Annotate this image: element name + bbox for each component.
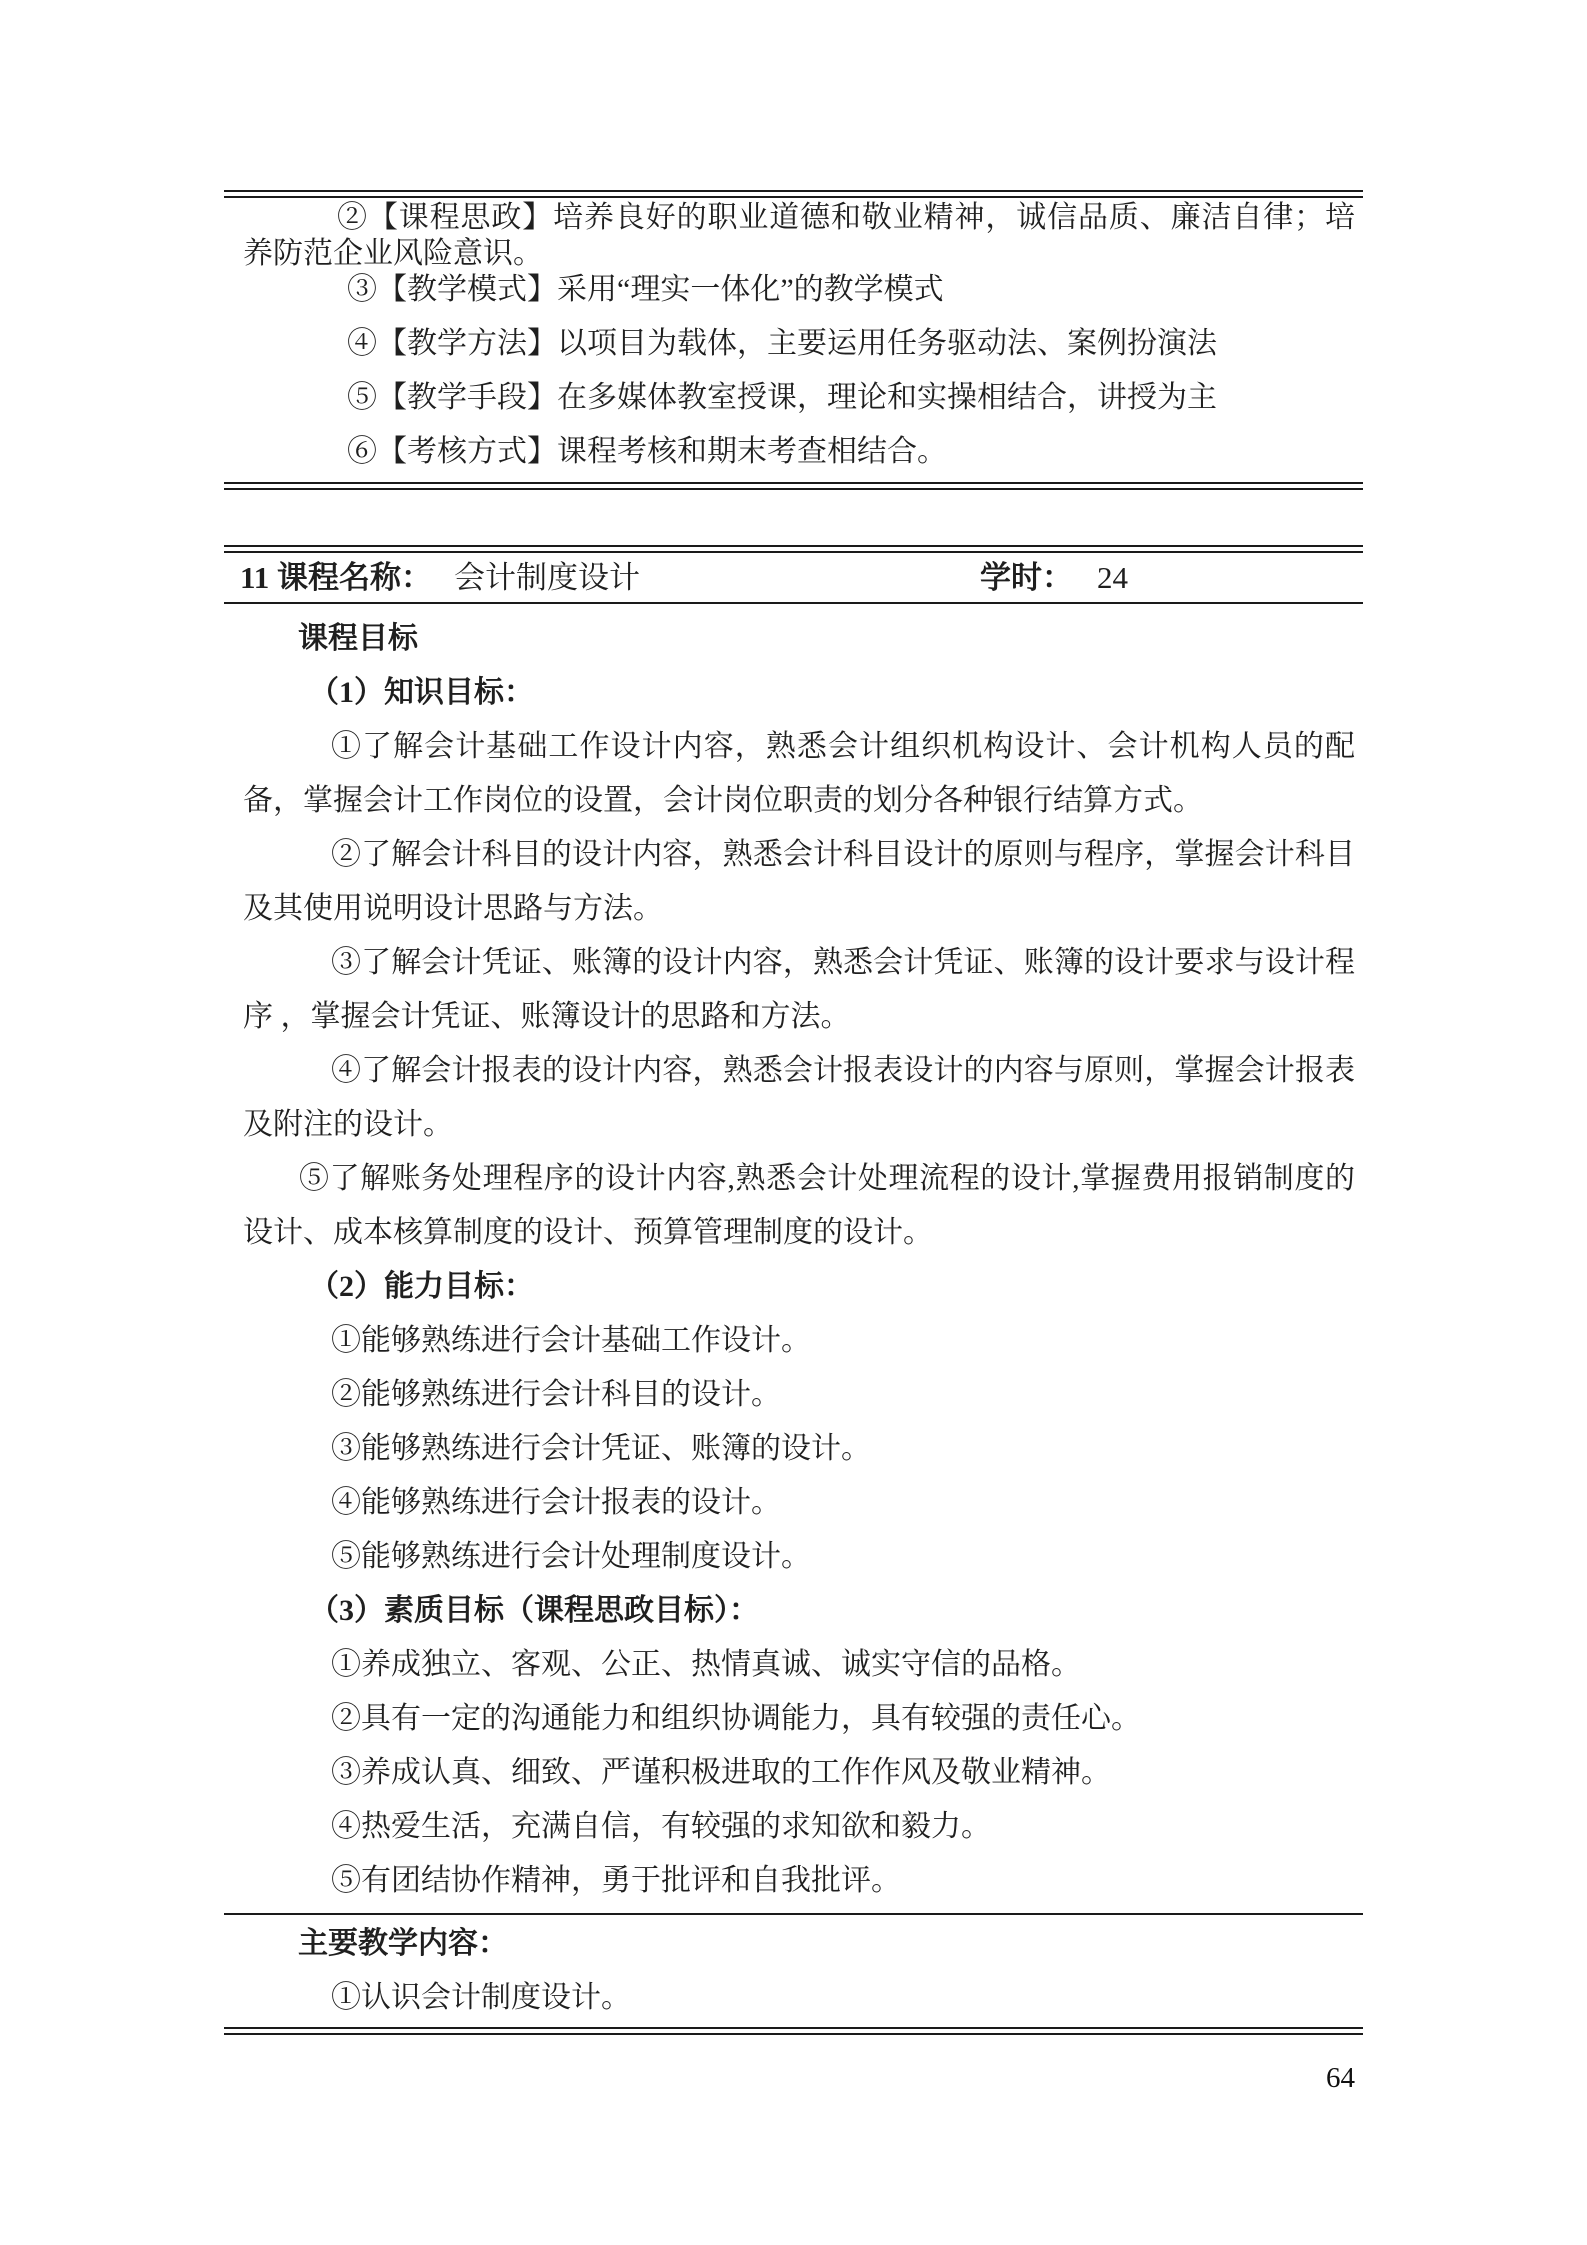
ability-goals-heading: （2）能力目标：	[243, 1260, 1355, 1314]
ability-goal-item: ③能够熟练进行会计凭证、账簿的设计。	[243, 1422, 1355, 1476]
quality-goal-item: ②具有一定的沟通能力和组织协调能力，具有较强的责任心。	[243, 1692, 1355, 1746]
knowledge-goal-item: ③了解会计凭证、账簿的设计内容，熟悉会计凭证、账簿的设计要求与设计程序 ，掌握会…	[243, 936, 1355, 1044]
table-top-border	[224, 190, 1363, 198]
paragraph-teaching-mode: ③【教学模式】采用“理实一体化”的教学模式	[243, 272, 1355, 308]
previous-course-tail: ②【课程思政】培养良好的职业道德和敬业精神，诚信品质、廉洁自律；培养防范企业风险…	[224, 198, 1363, 470]
knowledge-goal-item: ①了解会计基础工作设计内容，熟悉会计组织机构设计、会计机构人员的配备，掌握会计工…	[243, 720, 1355, 828]
knowledge-goal-item: ②了解会计科目的设计内容，熟悉会计科目设计的原则与程序，掌握会计科目及其使用说明…	[243, 828, 1355, 936]
course-header-row: 11 课程名称：会计制度设计 学时：24	[224, 553, 1363, 602]
ability-goal-item: ①能够熟练进行会计基础工作设计。	[243, 1314, 1355, 1368]
course-name: 会计制度设计	[454, 560, 640, 595]
document-content: ②【课程思政】培养良好的职业道德和敬业精神，诚信品质、廉洁自律；培养防范企业风险…	[224, 0, 1363, 2035]
table-bottom-border	[224, 482, 1363, 490]
course-hours: 学时：24	[980, 553, 1128, 602]
knowledge-goal-item: ④了解会计报表的设计内容，熟悉会计报表设计的内容与原则，掌握会计报表及附注的设计…	[243, 1044, 1355, 1152]
course-number-label: 11 课程名称：	[240, 560, 432, 595]
objectives-title: 课程目标	[243, 612, 1355, 666]
quality-goal-item: ⑤有团结协作精神，勇于批评和自我批评。	[243, 1854, 1355, 1908]
hours-value: 24	[1097, 560, 1128, 595]
paragraph-assessment-method: ⑥【考核方式】课程考核和期末考查相结合。	[243, 434, 1355, 470]
ability-goal-item: ④能够熟练进行会计报表的设计。	[243, 1476, 1355, 1530]
ability-goal-item: ②能够熟练进行会计科目的设计。	[243, 1368, 1355, 1422]
course-table-top-border	[224, 545, 1363, 553]
course-objectives-section: 课程目标 （1）知识目标： ①了解会计基础工作设计内容，熟悉会计组织机构设计、会…	[224, 604, 1363, 1908]
course-table-bottom-border	[224, 2027, 1363, 2035]
document-page: ②【课程思政】培养良好的职业道德和敬业精神，诚信品质、廉洁自律；培养防范企业风险…	[0, 0, 1587, 2245]
hours-label: 学时：	[980, 560, 1073, 595]
quality-goals-heading: （3）素质目标（课程思政目标）：	[243, 1584, 1355, 1638]
paragraph-course-ideology: ②【课程思政】培养良好的职业道德和敬业精神，诚信品质、廉洁自律；培养防范企业风险…	[243, 200, 1355, 272]
quality-goal-item: ③养成认真、细致、严谨积极进取的工作作风及敬业精神。	[243, 1746, 1355, 1800]
teaching-content-item: ①认识会计制度设计。	[243, 1971, 1355, 2025]
quality-goal-item: ④热爱生活，充满自信，有较强的求知欲和毅力。	[243, 1800, 1355, 1854]
knowledge-goals-heading: （1）知识目标：	[243, 666, 1355, 720]
quality-goal-item: ①养成独立、客观、公正、热情真诚、诚实守信的品格。	[243, 1638, 1355, 1692]
page-number: 64	[1326, 2062, 1355, 2095]
teaching-content-heading: 主要教学内容：	[243, 1917, 1355, 1971]
paragraph-teaching-means: ⑤【教学手段】在多媒体教室授课，理论和实操相结合，讲授为主	[243, 380, 1355, 416]
ability-goal-item: ⑤能够熟练进行会计处理制度设计。	[243, 1530, 1355, 1584]
paragraph-teaching-method: ④【教学方法】以项目为载体，主要运用任务驱动法、案例扮演法	[243, 326, 1355, 362]
knowledge-goal-item: ⑤了解账务处理程序的设计内容,熟悉会计处理流程的设计,掌握费用报销制度的设计、成…	[243, 1152, 1355, 1260]
teaching-content-section: 主要教学内容： ①认识会计制度设计。	[224, 1915, 1363, 2025]
